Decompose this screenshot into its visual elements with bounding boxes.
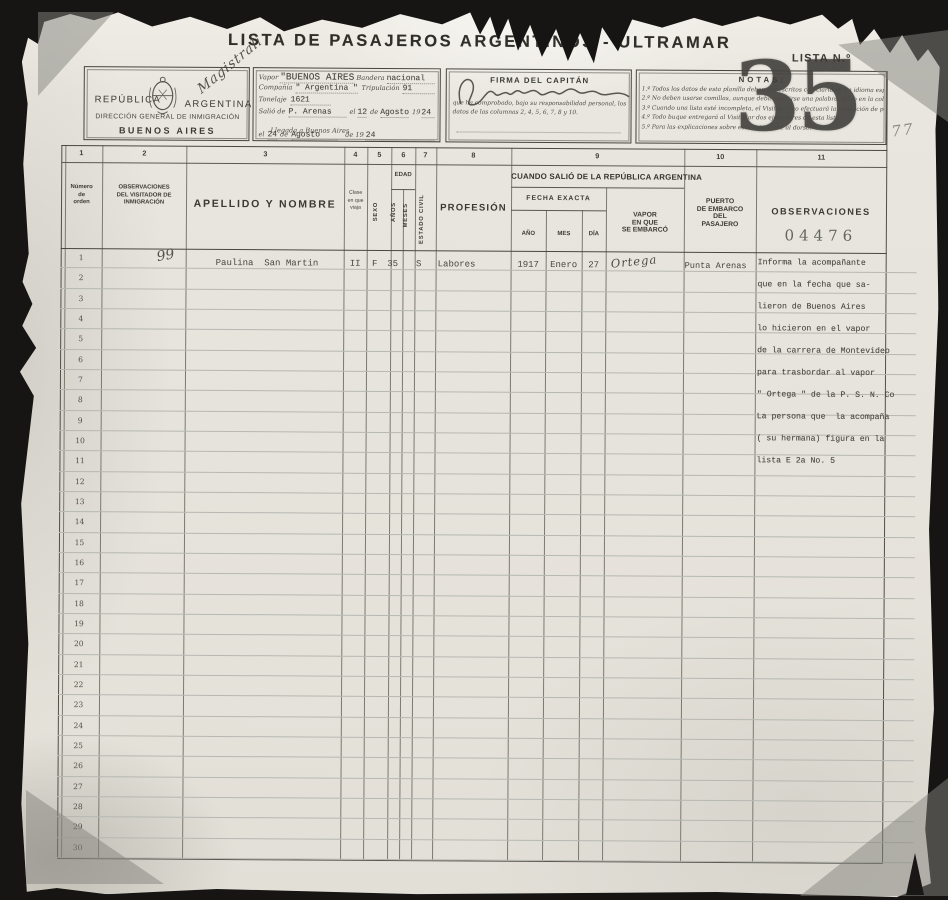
notas-item: 5.º Para las explicaciones sobre esta li… (641, 123, 883, 134)
archive-photograph: { "page": { "title": "LISTA DE PASAJEROS… (0, 0, 948, 900)
header-vapor-embarco: VAPOR EN QUE SE EMBARCÓ (606, 211, 684, 234)
row-number: 2 (61, 273, 102, 282)
grid-horizontal-line (391, 189, 415, 190)
header-sexo: SEXO (373, 202, 379, 221)
row-number: 1 (61, 253, 102, 262)
vapor-value: "BUENOS AIRES (280, 71, 354, 83)
column-number: 1 (79, 148, 83, 157)
row-number: 7 (60, 375, 101, 384)
row-number: 11 (59, 456, 100, 465)
row-number: 28 (57, 802, 98, 811)
ship-info-box: Vapor "BUENOS AIRES Bandera nacional Com… (252, 67, 440, 142)
entry-observaciones-line: Informa la acompañante (758, 258, 886, 281)
header-mes: MES (546, 231, 582, 237)
ciudad-label: BUENOS AIRES (84, 125, 250, 136)
salio-year: 24 (421, 108, 434, 118)
entry-observaciones-line: de la carrera de Montevideo (757, 346, 885, 369)
entry-estado-civil: S (411, 259, 427, 269)
row-number: 9 (60, 416, 101, 425)
row-number: 20 (58, 639, 99, 648)
header-edad-meses: MESES (403, 203, 409, 227)
entry-salida-mes: Enero (546, 260, 582, 270)
column-number: 3 (263, 149, 267, 158)
tonelaje-label: Tonelaje (259, 95, 287, 103)
row-number: 26 (58, 761, 99, 770)
row-number: 14 (59, 517, 100, 526)
salio-day: 12 (357, 108, 367, 118)
row-number: 24 (58, 721, 99, 730)
entry-nombre: Paulina San Martin (216, 258, 319, 269)
entry-edad-anios: 35 (383, 259, 403, 269)
column-number-strip: 1234567891011 (22, 4, 940, 10)
entry-observaciones-line: " Ortega " de la P. S. N. Co (757, 390, 885, 413)
grid-horizontal-line (511, 187, 684, 189)
header-puerto-embarco: PUERTO DE EMBARCO DEL PASAJERO (684, 198, 756, 229)
tripulacion-value: 91 (403, 84, 435, 94)
captain-box: FIRMA DEL CAPITÁN que ha comprobado, baj… (445, 68, 631, 143)
row-number: 15 (59, 538, 100, 547)
notes-box: NOTAS: 1.º Todos los datos de esta plani… (635, 70, 886, 146)
llegada-day: 24 (267, 130, 277, 140)
header-numero-orden: Número de orden (61, 184, 102, 207)
entry-puerto: Punta Arenas (685, 261, 747, 271)
header-clase: Clase en que viaja (344, 190, 367, 213)
el-label: el (349, 108, 355, 116)
row-number: 19 (58, 619, 99, 628)
year-prefix: 19 (412, 108, 420, 116)
llegada-year-prefix: de 19 (345, 131, 364, 139)
column-number: 8 (471, 151, 475, 160)
header-observaciones-visitador: OBSERVACIONES DEL VISITADOR DE INMIGRACI… (102, 184, 186, 207)
header-cuando-salio: CUANDO SALIÓ DE LA REPÚBLICA ARGENTINA (511, 172, 684, 182)
llegada-de-label: de (280, 130, 288, 138)
entry-observaciones-line: lieron de Buenos Aires (757, 302, 885, 325)
entry-observaciones-line: La persona que la acompaña (757, 412, 885, 435)
column-number: 2 (142, 148, 146, 157)
salio-month: Agosto (380, 108, 409, 118)
row-number: 4 (60, 314, 101, 323)
entry-observaciones-line: ( su hermana) figura en la (756, 434, 884, 457)
page-title: LISTA DE PASAJEROS ARGENTINOS - ULTRAMAR (228, 31, 731, 53)
entry-sexo: F (367, 259, 383, 269)
row-number: 3 (60, 294, 101, 303)
entry-observaciones-line: lista E 2a No. 5 (756, 456, 884, 479)
scanned-passenger-list-page: LISTA DE PASAJEROS ARGENTINOS - ULTRAMAR… (17, 4, 940, 900)
column-number: 6 (401, 150, 405, 159)
header-observaciones: OBSERVACIONES (756, 206, 886, 217)
column-number: 11 (817, 153, 825, 162)
notas-title: NOTAS: (637, 75, 888, 86)
bandera-value: nacional (387, 74, 435, 84)
header-edad: EDAD (391, 172, 415, 178)
header-edad-anios: AÑOS (391, 202, 397, 222)
entry-observaciones-line: que en la fecha que sa- (757, 280, 885, 303)
signature-rule (456, 131, 620, 133)
column-number: 10 (716, 152, 724, 161)
llegada-year: 24 (366, 131, 435, 141)
argentina-label: ARGENTINA (185, 99, 253, 110)
header-estado-civil: ESTADO CIVIL (419, 194, 425, 244)
header-dia: DÍA (582, 231, 606, 237)
handwritten-page-number: 77 (890, 120, 915, 141)
row-number: 22 (58, 680, 99, 689)
direccion-label: DIRECCIÓN GENERAL DE INMIGRACIÓN (85, 113, 251, 121)
header-apellido-nombre: APELLIDO Y NOMBRE (186, 198, 344, 211)
llegada-month: Agosto (291, 130, 337, 140)
entry-clase: II (344, 259, 367, 269)
row-number: 13 (59, 497, 100, 506)
entry-profesion: Labores (438, 259, 476, 269)
row-number: 16 (59, 558, 100, 567)
column-number: 5 (377, 150, 381, 159)
entry-salida-anio: 1917 (511, 260, 546, 270)
llegada-el-label: el (258, 130, 264, 138)
table-grid (22, 4, 940, 10)
column-number: 9 (595, 151, 599, 160)
tripulacion-label: Tripulación (361, 84, 399, 92)
column-number: 4 (353, 150, 357, 159)
entry-observaciones-line: lo hicieron en el vapor (757, 324, 885, 347)
grid-horizontal-line (511, 210, 606, 212)
tonelaje-value: 1621 (291, 95, 331, 105)
row-number: 8 (60, 395, 101, 404)
row-number: 5 (60, 334, 101, 343)
notas-list: 1.º Todos los datos de esta planilla deb… (641, 86, 883, 135)
row-number: 21 (58, 660, 99, 669)
entry-observaciones-block: Informa la acompañanteque en la fecha qu… (756, 258, 885, 479)
row-number: 10 (60, 436, 101, 445)
salio-label: Salió de (259, 107, 286, 115)
row-number: 12 (59, 477, 100, 486)
agency-box: REPÚBLICA ARGENTINA DIRECCIÓN GENERAL DE… (83, 66, 249, 141)
observaciones-number-stamp: 04476 (756, 226, 886, 245)
bandera-label: Bandera (356, 74, 384, 82)
salio-port: P. Arenas (288, 107, 346, 117)
row-number: 25 (58, 741, 99, 750)
header-profesion: PROFESIÓN (436, 202, 511, 213)
column-number: 7 (423, 150, 427, 159)
header-fecha-exacta: FECHA EXACTA (511, 195, 606, 203)
row-number: 17 (59, 578, 100, 587)
row-number: 23 (58, 700, 99, 709)
compania-label: Compañía (259, 83, 293, 91)
captain-statement: que ha comprobado, bajo su responsabilid… (453, 99, 627, 119)
grid-horizontal-line (61, 162, 887, 168)
entry-salida-dia: 27 (582, 260, 606, 270)
compania-value: " Argentina " (295, 83, 357, 93)
row-number: 18 (59, 599, 100, 608)
row-number: 27 (57, 782, 98, 791)
visitador-mark-handwritten: 99 (155, 246, 175, 265)
entry-observaciones-line: para trasbordar al vapor (757, 368, 885, 391)
vapor-label: Vapor (259, 73, 278, 81)
de-label: de (370, 108, 378, 116)
header-anio: AÑO (511, 231, 546, 237)
row-number: 6 (60, 355, 101, 364)
